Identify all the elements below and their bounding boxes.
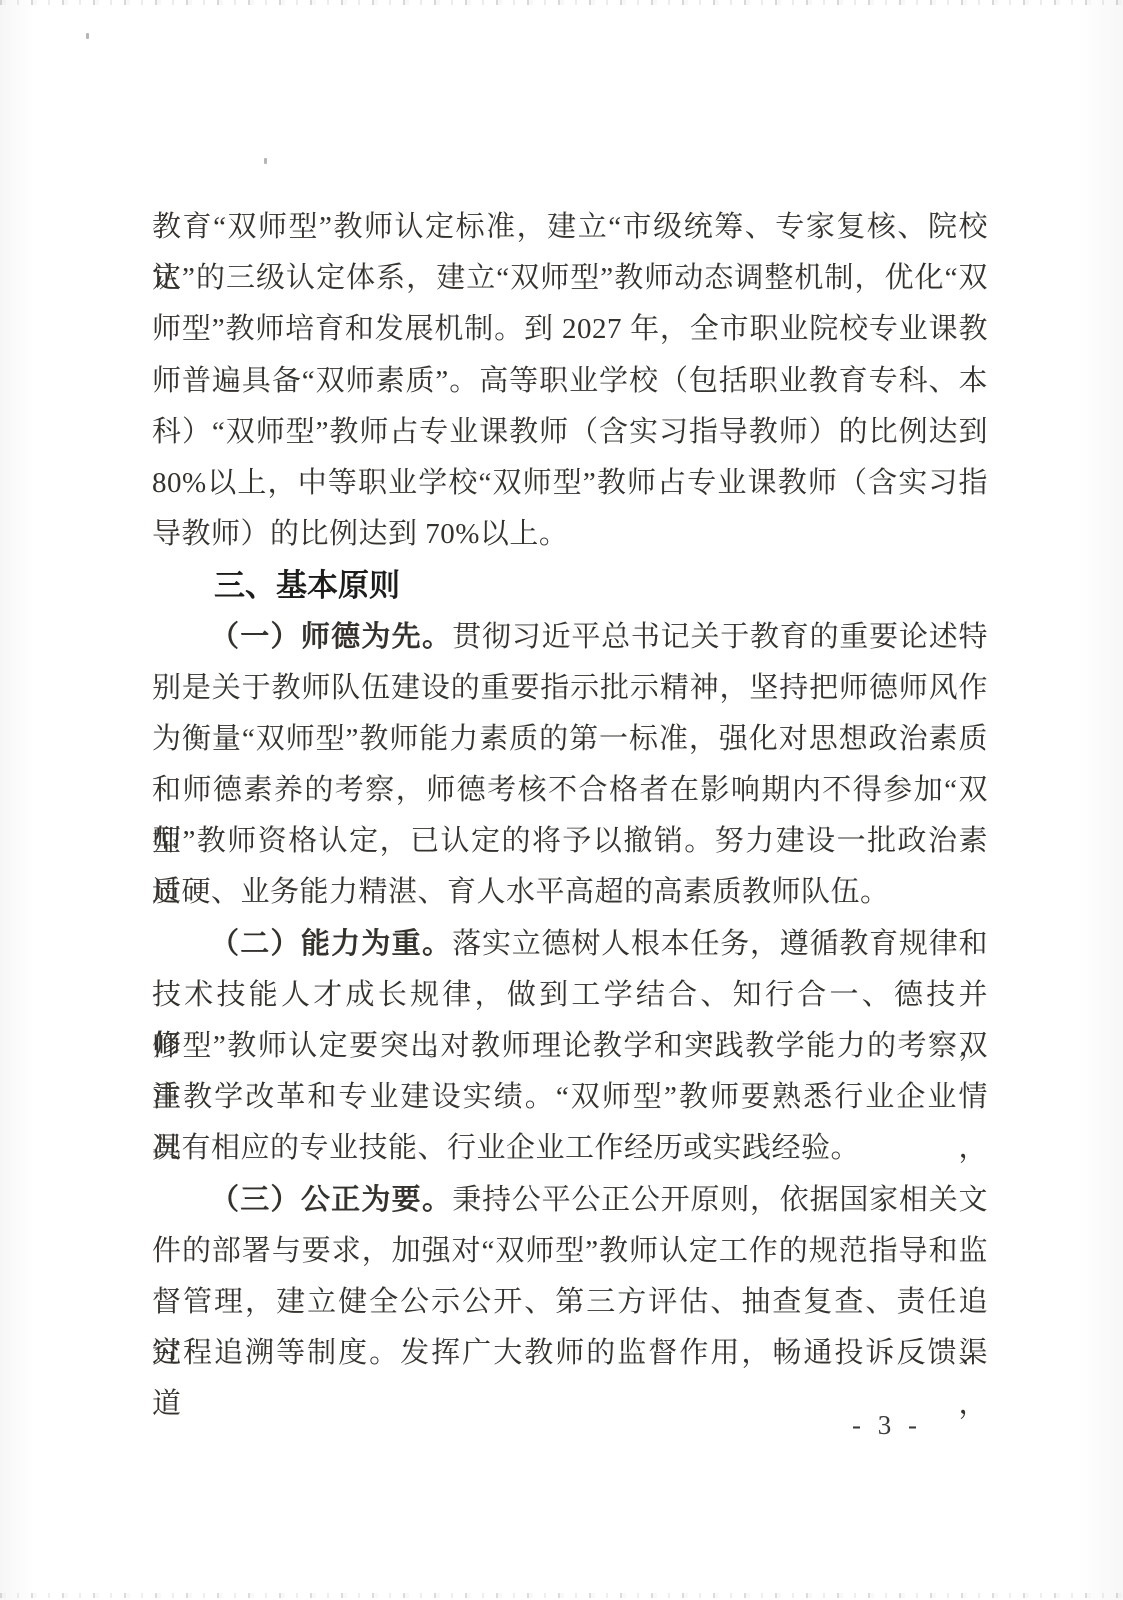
text-line: 型”教师资格认定，已认定的将予以撤销。努力建设一批政治素质 bbox=[152, 816, 988, 867]
text-line: 过程追溯等制度。发挥广大教师的监督作用，畅通投诉反馈渠道， bbox=[152, 1328, 988, 1379]
section-heading: 三、基本原则 bbox=[152, 560, 988, 611]
paragraph-first-line: （三）公正为要。秉持公平公正公开原则，依据国家相关文 bbox=[152, 1175, 988, 1226]
scan-artifact-bottom bbox=[0, 1593, 1123, 1598]
text-line: 科）“双师型”教师占专业课教师（含实习指导教师）的比例达到 bbox=[152, 407, 988, 458]
scan-speck bbox=[264, 158, 267, 164]
text-line: 别是关于教师队伍建设的重要指示批示精神，坚持把师德师风作 bbox=[152, 663, 988, 714]
paragraph-first-line: （二）能力为重。落实立德树人根本任务，遵循教育规律和 bbox=[152, 919, 988, 970]
scan-speck bbox=[86, 33, 89, 39]
paragraph-lead: （一）师德为先。 bbox=[210, 621, 452, 653]
scan-artifact-top bbox=[0, 0, 1123, 5]
text-line: 定”的三级认定体系，建立“双师型”教师动态调整机制，优化“双 bbox=[152, 253, 988, 304]
text-line: 教育“双师型”教师认定标准，建立“市级统筹、专家复核、院校认 bbox=[152, 202, 988, 253]
text-line: 师型”教师认定要突出对教师理论教学和实践教学能力的考察，注 bbox=[152, 1021, 988, 1072]
text-line: 和师德素养的考察，师德考核不合格者在影响期内不得参加“双师 bbox=[152, 765, 988, 816]
page-number: - 3 - bbox=[852, 1410, 922, 1441]
scanned-page: 教育“双师型”教师认定标准，建立“市级统筹、专家复核、院校认定”的三级认定体系，… bbox=[0, 0, 1123, 1600]
text-line: 为衡量“双师型”教师能力素质的第一标准，强化对思想政治素质 bbox=[152, 714, 988, 765]
text-line: 过硬、业务能力精湛、育人水平高超的高素质教师队伍。 bbox=[152, 867, 988, 918]
paragraph-lead: （二）能力为重。 bbox=[210, 928, 452, 960]
paragraph-first-line: （一）师德为先。贯彻习近平总书记关于教育的重要论述特 bbox=[152, 612, 988, 663]
paragraph-lead: （三）公正为要。 bbox=[210, 1184, 452, 1216]
text-line: 重教学改革和专业建设实绩。“双师型”教师要熟悉行业企业情况， bbox=[152, 1072, 988, 1123]
text-line: 技术技能人才成长规律，做到工学结合、知行合一、德技并修。“双 bbox=[152, 970, 988, 1021]
text-line: 督管理，建立健全公示公开、第三方评估、抽查复查、责任追究、 bbox=[152, 1277, 988, 1328]
text-line: 80%以上，中等职业学校“双师型”教师占专业课教师（含实习指 bbox=[152, 458, 988, 509]
text-line: 导教师）的比例达到 70%以上。 bbox=[152, 509, 988, 560]
text-line: 件的部署与要求，加强对“双师型”教师认定工作的规范指导和监 bbox=[152, 1226, 988, 1277]
text-line: 师普遍具备“双师素质”。高等职业学校（包括职业教育专科、本 bbox=[152, 356, 988, 407]
text-line: 师型”教师培育和发展机制。到 2027 年，全市职业院校专业课教 bbox=[152, 304, 988, 355]
document-body: 教育“双师型”教师认定标准，建立“市级统筹、专家复核、院校认定”的三级认定体系，… bbox=[152, 202, 988, 1379]
